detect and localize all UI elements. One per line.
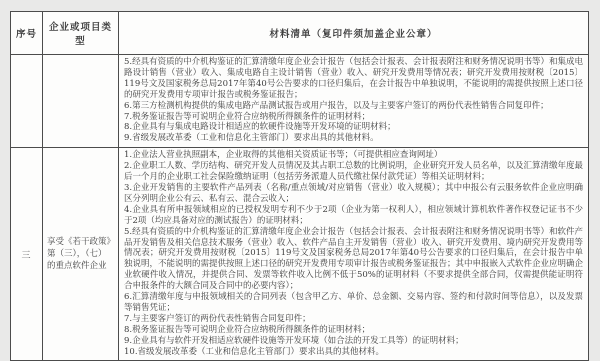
material-item: 6.第三方检测机构提供的集成电路产品测试报告或用户报告，以及与主要客户签订的两份… <box>124 101 583 112</box>
table-row: 5.经具有资质的中介机构鉴证的汇算清缴年度企业会计报告（包括会计报表、会计报表附… <box>11 55 589 148</box>
material-item: 10.省级发展改革委（工业和信息化主管部门）要求出具的其他材料。 <box>124 347 583 355</box>
enterprise-type-cell: 享受《若干政策》第（三），（七）的重点软件企业 <box>43 148 119 355</box>
material-item: 1.企业法人营业执照副本，企业取得的其他相关资质证书等；（可提供相应查询网址） <box>124 150 583 161</box>
material-item: 7.税务鉴证报告等可说明企业符合应纳税所得额条件的证明材料； <box>124 112 583 123</box>
material-item: 8.企业具有与集成电路设计相适应的软硬件设施等开发环境的证明材料； <box>124 122 583 133</box>
material-checklist-table: 序号 企业或项目类型 材料清单（复印件须加盖企业公章） 5.经具有资质的中介机构… <box>10 11 589 355</box>
material-item: 8.税务鉴证报告等可说明企业符合应纳税所得额条件的证明材料； <box>124 325 583 336</box>
material-list-cell: 5.经具有资质的中介机构鉴证的汇算清缴年度企业会计报告（包括会计报表、会计报表附… <box>119 55 589 148</box>
material-item: 3.企业开发销售的主要软件产品列表（名称/重点领域/对应销售（营业）收入规模）；… <box>124 183 583 205</box>
header-row: 序号 企业或项目类型 材料清单（复印件须加盖企业公章） <box>11 12 589 55</box>
material-item: 4.企业具有所申报领域相应的已授权发明专利不少于2项（企业为第一权利人），相应领… <box>124 205 583 227</box>
material-item: 5.经具有资质的中介机构鉴证的汇算清缴年度企业会计报告（包括会计报表、会计报表附… <box>124 57 583 101</box>
material-item: 9.省级发展改革委（工业和信息化主管部门）要求出具的其他材料。 <box>124 133 583 144</box>
material-item: 2.企业职工人数、学历结构、研究开发人员情况及其占职工总数的比例说明，企业研究开… <box>124 161 583 183</box>
material-item: 7.与主要客户签订的两份代表性销售合同复印件； <box>124 314 583 325</box>
material-item: 6.汇算清缴年度与申报领域相关的合同列表（包含甲乙方、单价、总金额、交易内容、签… <box>124 292 583 314</box>
enterprise-type-cell <box>43 55 119 148</box>
document-sheet: 序号 企业或项目类型 材料清单（复印件须加盖企业公章） 5.经具有资质的中介机构… <box>10 11 588 355</box>
serial-number-cell: 三 <box>11 148 43 355</box>
material-item: 9.企业具有与软件开发相适应软硬件设施等开发环境（如合法的开发工具等）的证明材料… <box>124 336 583 347</box>
table-row: 三 享受《若干政策》第（三），（七）的重点软件企业 1.企业法人营业执照副本，企… <box>11 148 589 355</box>
material-list-cell: 1.企业法人营业执照副本，企业取得的其他相关资质证书等；（可提供相应查询网址） … <box>119 148 589 355</box>
serial-number-cell <box>11 55 43 148</box>
header-serial-number: 序号 <box>11 12 43 55</box>
header-material-list: 材料清单（复印件须加盖企业公章） <box>119 12 589 55</box>
material-item: 5.经具有资质的中介机构鉴证的汇算清缴年度企业会计报告（包括会计报表、会计报表附… <box>124 227 583 292</box>
header-enterprise-type: 企业或项目类型 <box>43 12 119 55</box>
